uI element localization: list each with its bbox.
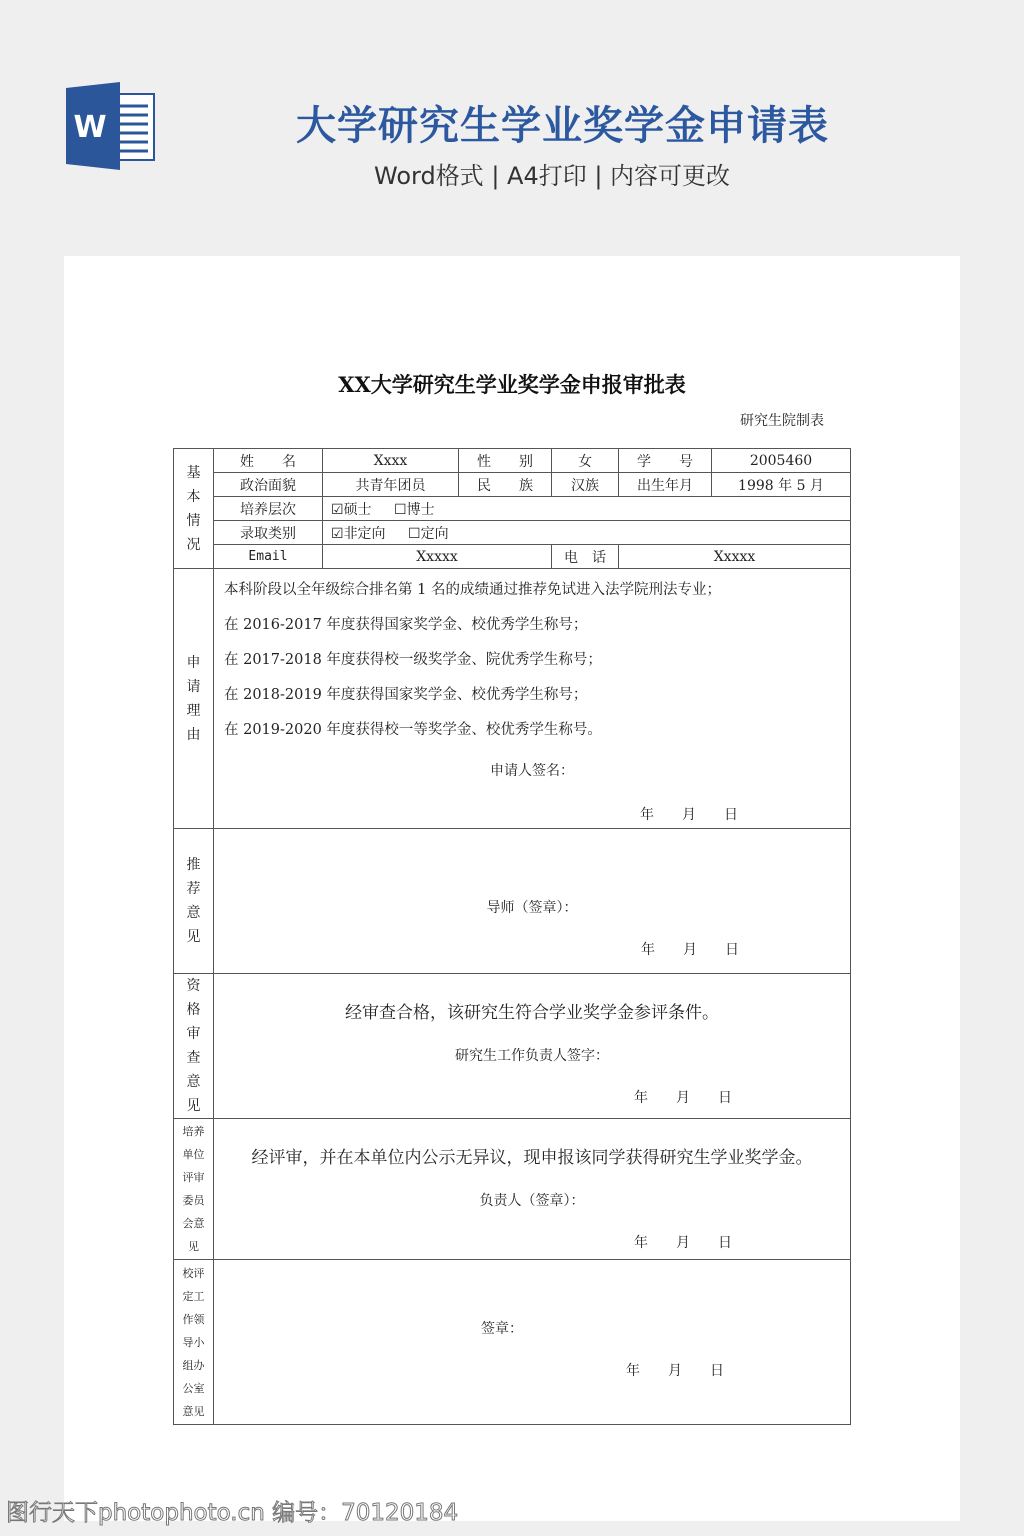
- committee-date: 年 月 日: [214, 1232, 850, 1252]
- word-doc-icon: W: [64, 82, 156, 170]
- document-maker: 研究生院制表: [740, 410, 824, 430]
- training-level-label: 培养层次: [214, 497, 323, 521]
- phone-label: 电 话: [552, 545, 619, 569]
- ethnicity-field[interactable]: 汉族: [552, 473, 619, 497]
- checkbox-label: 定向: [421, 526, 449, 542]
- checkbox-label: 硕士: [344, 502, 372, 518]
- document-title: XX大学研究生学业奖学金申报审批表: [64, 369, 960, 399]
- checkbox-doctor[interactable]: ☐博士: [394, 502, 435, 518]
- checkbox-unchecked-icon: ☐: [408, 526, 421, 542]
- recommendation-field[interactable]: 导师（签章）： 年 月 日: [214, 829, 851, 974]
- section-label-unit-committee: 培养 单位 评审 委员 会意 见: [174, 1119, 214, 1260]
- ethnicity-label: 民 族: [459, 473, 552, 497]
- reason-line: 在 2018-2019 年度获得国家奖学金、校优秀学生称号；: [224, 678, 840, 713]
- watermark: 图行天下photophoto.cn 编号：70120184: [6, 1494, 458, 1527]
- section-label-school-office: 校评 定工 作领 导小 组办 公室 意见: [174, 1260, 214, 1425]
- birth-date-field[interactable]: 1998 年 5 月: [712, 473, 851, 497]
- gender-field[interactable]: 女: [552, 449, 619, 473]
- section-label-text: 资格审查意见: [174, 974, 213, 1118]
- qualification-date: 年 月 日: [214, 1087, 850, 1107]
- svg-text:W: W: [73, 110, 106, 145]
- admission-type-label: 录取类别: [214, 521, 323, 545]
- section-label-text: 基本情况: [174, 461, 213, 557]
- section-label-qualification-review: 资格审查意见: [174, 974, 214, 1119]
- student-id-label: 学 号: [619, 449, 712, 473]
- applicant-signature-label: 申请人签名：: [224, 760, 840, 780]
- phone-field[interactable]: Xxxxx: [619, 545, 851, 569]
- name-label: 姓 名: [214, 449, 323, 473]
- checkbox-master[interactable]: ☑硕士: [331, 502, 372, 518]
- reason-line: 在 2019-2020 年度获得校一等奖学金、校优秀学生称号。: [224, 713, 840, 748]
- checkbox-unchecked-icon: ☐: [394, 502, 407, 518]
- application-form-table: 基本情况 姓 名 Xxxx 性 别 女 学 号 2005460 政治面貌 共青年…: [173, 448, 851, 1425]
- section-label-application-reason: 申请理由: [174, 569, 214, 829]
- reason-line: 在 2016-2017 年度获得国家奖学金、校优秀学生称号；: [224, 608, 840, 643]
- section-label-recommendation: 推荐意见: [174, 829, 214, 974]
- name-field[interactable]: Xxxx: [323, 449, 459, 473]
- application-reason-field[interactable]: 本科阶段以全年级综合排名第 1 名的成绩通过推荐免试进入法学院刑法专业； 在 2…: [214, 569, 851, 829]
- office-date: 年 月 日: [214, 1360, 850, 1380]
- advisor-signature-label: 导师（签章）：: [214, 897, 850, 917]
- office-signature-label: 签章：: [214, 1318, 790, 1338]
- birth-date-label: 出生年月: [619, 473, 712, 497]
- section-label-basic-info: 基本情况: [174, 449, 214, 569]
- section-label-text: 推荐意见: [174, 853, 213, 949]
- checkbox-label: 非定向: [344, 526, 386, 542]
- section-label-text: 校评 定工 作领 导小 组办 公室 意见: [174, 1262, 213, 1423]
- admission-type-options: ☑非定向 ☐定向: [323, 521, 851, 545]
- reason-line: 本科阶段以全年级综合排名第 1 名的成绩通过推荐免试进入法学院刑法专业；: [224, 573, 840, 608]
- unit-committee-field[interactable]: 经评审，并在本单位内公示无异议，现申报该同学获得研究生学业奖学金。 负责人（签章…: [214, 1119, 851, 1260]
- checkbox-directed[interactable]: ☐定向: [408, 526, 449, 542]
- banner-title: 大学研究生学业奖学金申请表: [296, 94, 829, 151]
- section-label-text: 申请理由: [174, 651, 213, 747]
- officer-signature-label: 研究生工作负责人签字：: [214, 1045, 850, 1065]
- qualification-statement: 经审查合格，该研究生符合学业奖学金参评条件。: [214, 998, 850, 1023]
- checkbox-non-directed[interactable]: ☑非定向: [331, 526, 386, 542]
- training-level-options: ☑硕士 ☐博士: [323, 497, 851, 521]
- committee-signature-label: 负责人（签章）：: [214, 1190, 850, 1210]
- section-label-text: 培养 单位 评审 委员 会意 见: [174, 1120, 213, 1258]
- reason-line: 在 2017-2018 年度获得校一级奖学金、院优秀学生称号；: [224, 643, 840, 678]
- checkbox-checked-icon: ☑: [331, 502, 344, 518]
- gender-label: 性 别: [459, 449, 552, 473]
- document-page: XX大学研究生学业奖学金申报审批表 研究生院制表 基本情况 姓 名 Xxxx 性…: [64, 256, 960, 1521]
- advisor-date: 年 月 日: [214, 939, 850, 959]
- qualification-review-field[interactable]: 经审查合格，该研究生符合学业奖学金参评条件。 研究生工作负责人签字： 年 月 日: [214, 974, 851, 1119]
- banner-subtitle: Word格式 | A4打印 | 内容可更改: [374, 156, 730, 191]
- checkbox-label: 博士: [407, 502, 435, 518]
- political-status-label: 政治面貌: [214, 473, 323, 497]
- checkbox-checked-icon: ☑: [331, 526, 344, 542]
- student-id-field[interactable]: 2005460: [712, 449, 851, 473]
- applicant-date: 年 月 日: [224, 804, 840, 824]
- school-office-field[interactable]: 签章： 年 月 日: [214, 1260, 851, 1425]
- political-status-field[interactable]: 共青年团员: [323, 473, 459, 497]
- email-label: Email: [214, 545, 323, 569]
- unit-committee-statement: 经评审，并在本单位内公示无异议，现申报该同学获得研究生学业奖学金。: [214, 1143, 850, 1168]
- email-field[interactable]: Xxxxx: [323, 545, 552, 569]
